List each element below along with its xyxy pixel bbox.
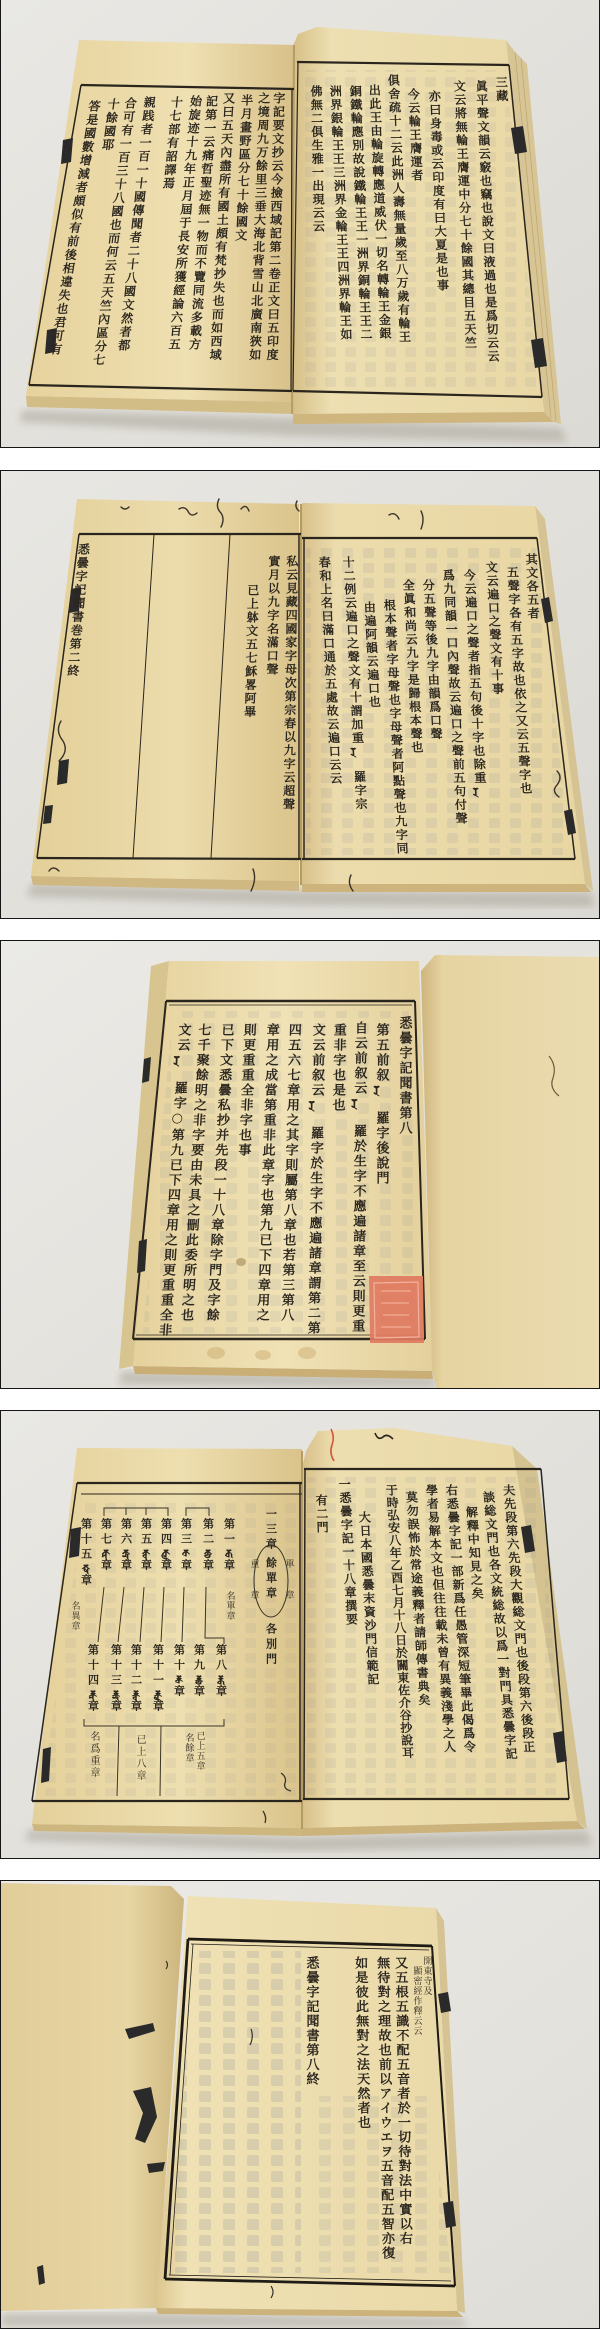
book-illustration [1, 1881, 599, 2328]
siddham-glyph: 𑖨𑖿𑖎𑖿𑖪 [130, 1689, 143, 1700]
chapter-2: 第二𑖎𑖿𑖧章 [203, 1518, 214, 1574]
chapter-suffix: 章 [110, 1700, 123, 1715]
chapter-suffix: 章 [193, 1685, 206, 1700]
book-illustration [1, 471, 599, 918]
chapter-number: 第七 [100, 1518, 113, 1548]
chapter-number: 第十五 [80, 1518, 93, 1563]
chapter-15: 第十五𑖎𑖿𑖬章 [81, 1518, 92, 1589]
chapter-number: 第二 [202, 1518, 215, 1548]
chapter-suffix: 章 [87, 1700, 100, 1715]
text-column: 三藏 [495, 76, 508, 103]
book-illustration [1, 0, 599, 447]
text-column: 自云前叙云𑖨羅於生字不應遍諸章至云則更重 [350, 1021, 366, 1334]
chapter-number: 第三 [180, 1518, 193, 1548]
book-illustration [1, 1411, 599, 1858]
chapter-suffix: 章 [160, 1559, 173, 1574]
text-column: 私云見藏四國家字母次第宗春以九字云超聲 [282, 555, 298, 812]
annotation: 顯密經作釋云云 [412, 1966, 421, 2036]
chapter-14: 第十四𑖨𑖿𑖎𑖿𑖡章 [88, 1644, 99, 1715]
chapter-5: 第五𑖎𑖿𑖪章 [141, 1518, 152, 1574]
book-illustration [1, 941, 599, 1388]
text-column: 如是彼此無對之法天然者也 [353, 1956, 369, 2130]
photo-open-book-1: 字記要文抄云今撿西域記第二卷正文曰五印度 之境周九万餘里三垂大海北背雪山北廣南狹… [0, 0, 600, 448]
chapter-10: 第十𑖨𑖿𑖎𑖿𑖨章 [174, 1644, 185, 1700]
show-through [171, 1951, 301, 2273]
red-seal [369, 1276, 424, 1343]
siddham-glyph: 𑖎𑖿𑖬 [80, 1563, 93, 1574]
chapter-8: 第八𑖨𑖿𑖎章 [216, 1644, 227, 1700]
chapter-number: 第五 [140, 1518, 153, 1548]
chart-note: 已上八章 [134, 1734, 144, 1782]
right-page-edge [302, 884, 591, 892]
chapter-number: 第一 [223, 1518, 236, 1548]
siddham-glyph: 𑖨𑖿𑖎𑖿𑖨 [173, 1674, 186, 1685]
chapter-title: 悉曇字記聞書第八 [398, 1016, 411, 1136]
photo-open-book-2: 悉曇字記聞書巻第二終 私云見藏四國家字母次第宗春以九字云超聲 實月以九字名滿口聲… [0, 470, 600, 919]
chapter-4: 第四𑖎𑖿𑖩章 [161, 1518, 172, 1574]
siddham-glyph: 𑖎𑖿𑖨 [180, 1548, 193, 1559]
chapter-number: 第十三 [110, 1644, 123, 1689]
chapter-number: 第十二 [130, 1644, 143, 1689]
siddham-glyph: 𑖨𑖿𑖎 [215, 1674, 228, 1685]
right-page-edge [293, 412, 554, 424]
chapter-1: 第一𑖎章 [224, 1518, 235, 1574]
facing-page [421, 955, 599, 1388]
siddham-glyph: 𑖨𑖿𑖎𑖿𑖩 [152, 1689, 165, 1700]
chapter-suffix: 章 [152, 1700, 165, 1715]
siddham-glyph: 𑖨𑖿𑖎𑖿𑖡 [87, 1689, 100, 1700]
volume-end-title: 悉曇字記聞書第八終 [305, 1956, 318, 2087]
chart-heading: 一三章 [266, 1508, 277, 1553]
text-column: 已上躰文五七穌畧阿畢 [243, 584, 259, 719]
chapter-11: 第十一𑖨𑖿𑖎𑖿𑖩章 [153, 1644, 164, 1715]
photo-book-page-3: 悉曇字記聞書第八 第五前叙𑖨羅字後說門 自云前叙云𑖨羅於生字不應遍諸章至云則更重… [0, 940, 600, 1389]
chapter-number: 第六 [120, 1518, 133, 1548]
text-column: 實月以九字名滿口聲 [266, 555, 280, 677]
siddham-glyph: 𑖎𑖿𑖧 [202, 1548, 215, 1559]
loop-label-center: 餘單章 [266, 1557, 277, 1602]
chapter-number: 第十一 [152, 1644, 165, 1689]
siddham-glyph: 𑖨𑖿𑖎𑖿𑖦 [110, 1689, 123, 1700]
siddham-glyph: 𑖎𑖿𑖡 [100, 1548, 113, 1559]
photo-open-book-4: 一三章 重章 餘單章 單章 各別門 第一𑖎章 第二𑖎𑖿𑖧章 第三𑖎𑖿𑖨章 第四𑖎… [0, 1410, 600, 1859]
chapter-3: 第三𑖎𑖿𑖨章 [181, 1518, 192, 1574]
loop-label-left: 重章 [249, 1559, 258, 1621]
chapter-number: 第八 [215, 1644, 228, 1674]
photo-book-page-5: 開東寺及 顯密經作釋云云 又五根五識不配五音者於一切待對法中實以右 無待對之理故… [0, 1880, 600, 2329]
chapter-6: 第六𑖎𑖿𑖦章 [121, 1518, 132, 1574]
chapter-number: 第十 [173, 1644, 186, 1674]
chapter-suffix: 章 [140, 1559, 153, 1574]
chart-note: 名餘章 [184, 1733, 193, 1763]
chapter-note: 名異章 [70, 1601, 79, 1631]
chapter-number: 第四 [160, 1518, 173, 1548]
siddham-glyph: 𑖎𑖿𑖪 [140, 1548, 153, 1559]
chart-note: 名爲重章 [88, 1731, 98, 1779]
siddham-glyph: 𑖨𑖿𑖎𑖿𑖧 [193, 1674, 206, 1685]
siddham-glyph: 𑖎 [223, 1548, 236, 1559]
left-page [31, 499, 299, 881]
chapter-13: 第十三𑖨𑖿𑖎𑖿𑖦章 [111, 1644, 122, 1715]
chapter-12: 第十二𑖨𑖿𑖎𑖿𑖪章 [131, 1644, 142, 1715]
chapter-number: 第十四 [87, 1644, 100, 1689]
text-column: 第五前叙𑖨羅字後說門 [375, 1023, 388, 1186]
chapter-suffix: 章 [80, 1574, 93, 1589]
text-column: 有二門 [315, 1494, 328, 1535]
left-blank-page [1, 1883, 184, 2311]
chapter-7: 第七𑖎𑖿𑖡章 [101, 1518, 112, 1574]
chapter-note: 名單章 [225, 1591, 234, 1621]
chapter-9: 第九𑖨𑖿𑖎𑖿𑖧章 [194, 1644, 205, 1700]
chapter-number: 第九 [193, 1644, 206, 1674]
chapter-suffix: 章 [120, 1559, 133, 1574]
chapter-suffix: 章 [215, 1685, 228, 1700]
text-column: 佛無二俱生雅一出現云云 [310, 85, 325, 234]
siddham-glyph: 𑖎𑖿𑖦 [120, 1548, 133, 1559]
text-column: 重非字也是也 [330, 1023, 345, 1113]
chapter-suffix: 章 [202, 1559, 215, 1574]
loop-label-right: 單章 [284, 1559, 293, 1621]
annotation: 開東寺及 [422, 1956, 431, 1996]
chapter-suffix: 章 [173, 1685, 186, 1700]
text-column: 其文各五者 [525, 553, 539, 621]
chapter-suffix: 章 [180, 1559, 193, 1574]
chart-note: 已上五章 [195, 1731, 204, 1771]
chapter-suffix: 章 [100, 1559, 113, 1574]
photo-collage: 字記要文抄云今撿西域記第二卷正文曰五印度 之境周九万餘里三垂大海北背雪山北廣南狹… [0, 0, 600, 2330]
chapter-suffix: 章 [130, 1700, 143, 1715]
siddham-glyph: 𑖎𑖿𑖩 [160, 1548, 173, 1559]
chart-subheading: 各別門 [266, 1623, 277, 1668]
chapter-suffix: 章 [223, 1559, 236, 1574]
